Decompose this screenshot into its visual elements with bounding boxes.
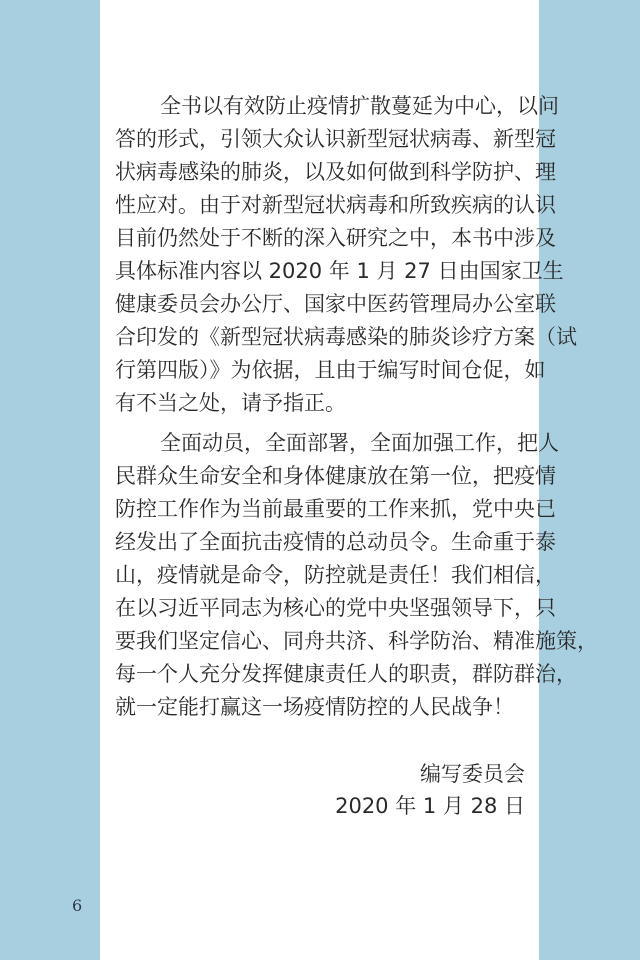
paragraph-line: 全面动员，全面部署，全面加强工作，把人 (160, 427, 527, 460)
paragraph-line: 每一个人充分发挥健康责任人的职责，群防群治， (115, 658, 527, 691)
paragraph-line: 目前仍然处于不断的深入研究之中，本书中涉及 (115, 222, 527, 255)
left-margin-band (0, 0, 100, 960)
paragraph-line: 行第四版）》为依据，且由于编写时间仓促，如 (115, 354, 527, 387)
paragraph-line: 具体标准内容以 2020 年 1 月 27 日由国家卫生 (115, 255, 527, 288)
paragraph-line: 山，疫情就是命令，防控就是责任！我们相信， (115, 559, 527, 592)
paragraph-line: 经发出了全面抗击疫情的总动员令。生命重于泰 (115, 526, 527, 559)
paragraph-line: 合印发的《新型冠状病毒感染的肺炎诊疗方案（试 (115, 321, 527, 354)
paragraph-line: 状病毒感染的肺炎，以及如何做到科学防护、理 (115, 156, 527, 189)
paragraph-line: 答的形式，引领大众认识新型冠状病毒、新型冠 (115, 123, 527, 156)
paragraph-line: 健康委员会办公厅、国家中医药管理局办公室联 (115, 288, 527, 321)
page-number: 6 (72, 896, 82, 915)
paragraph-line: 就一定能打赢这一场疫情防控的人民战争！ (115, 691, 527, 724)
paragraph-line: 有不当之处，请予指正。 (115, 387, 527, 420)
paragraph-line: 民群众生命安全和身体健康放在第一位，把疫情 (115, 460, 527, 493)
paragraph-line: 防控工作作为当前最重要的工作来抓，党中央已 (115, 493, 527, 526)
signature-date: 2020 年 1 月 28 日 (335, 790, 525, 823)
signature-author: 编写委员会 (420, 758, 525, 791)
paragraph-line: 在以习近平同志为核心的党中央坚强领导下，只 (115, 592, 527, 625)
paragraph-line: 性应对。由于对新型冠状病毒和所致疾病的认识 (115, 189, 527, 222)
paragraph-line: 要我们坚定信心、同舟共济、科学防治、精准施策， (115, 625, 527, 658)
paragraph-line: 全书以有效防止疫情扩散蔓延为中心，以问 (160, 90, 527, 123)
